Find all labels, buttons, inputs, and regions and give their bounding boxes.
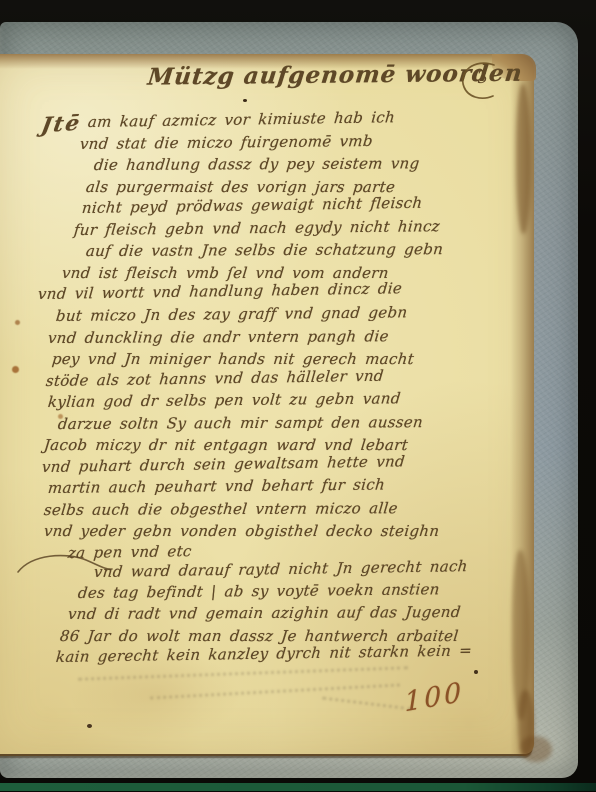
- cover-green-edge: [0, 783, 596, 791]
- manuscript-line: vnd di radt vnd gemain azighin auf das J…: [67, 603, 462, 623]
- manuscript-line: pey vnd Jn miniger hands nit gerech mach…: [51, 350, 415, 368]
- edge-stain: [520, 736, 552, 762]
- manuscript-line: auf die vastn Jne selbs die schatzung ge…: [85, 240, 444, 260]
- manuscript-line: vnd stat die miczo fuirgenomē vmb: [79, 131, 374, 152]
- water-stain: [70, 650, 240, 740]
- manuscript-line: vnd ist fleisch vmb ſel vnd vom andern: [61, 264, 390, 282]
- manuscript-line: fur fleisch gebn vnd nach egydy nicht hi…: [73, 217, 441, 239]
- manuscript-line: vnd dunckling die andr vntern pangh die: [47, 327, 390, 347]
- folio-number-mark: 3: [452, 56, 510, 102]
- stain-speck: [243, 99, 247, 102]
- manuscript-line: selbs auch die obgesthel vntern miczo al…: [43, 499, 399, 519]
- manuscript-line: Jacob miczy dr nit entgagn ward vnd leba…: [43, 436, 409, 454]
- stain-speck: [58, 414, 63, 419]
- folio-number: 3: [476, 67, 490, 88]
- stain-speck: [15, 320, 20, 325]
- stain-speck: [474, 670, 478, 674]
- stain-speck: [12, 366, 19, 373]
- page-title: Mützg aufgenomē woorden: [146, 60, 449, 90]
- manuscript-scan: Mützg aufgenomē woorden 3 Jtē am kauf az…: [0, 0, 596, 792]
- manuscript-line: darzue soltn Sy auch mir sampt den ausse…: [57, 413, 424, 433]
- manuscript-line: but miczo Jn des zay graff vnd gnad gebn: [55, 303, 408, 325]
- manuscript-line: die handlung dassz dy pey seistem vng: [93, 154, 420, 174]
- stain-speck: [87, 724, 92, 728]
- manuscript-line: vnd yeder gebn vonden obgisthel decko st…: [43, 522, 440, 540]
- manuscript-line: als purgermaist des vorign jars parte: [85, 178, 396, 196]
- margin-item-mark: Jtē: [39, 110, 83, 138]
